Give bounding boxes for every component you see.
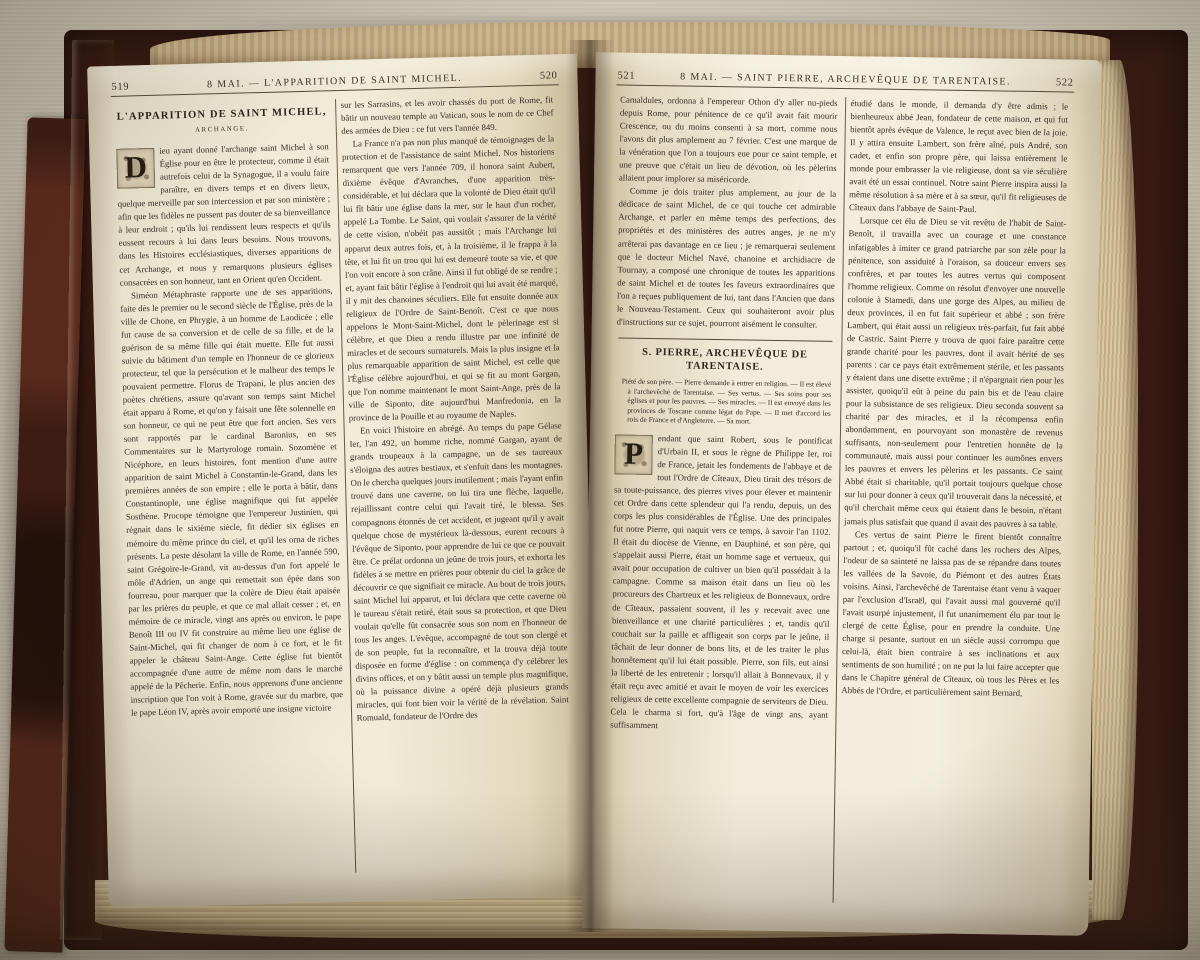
running-title-left: 8 MAI. — L'APPARITION DE SAINT MICHEL.: [145, 71, 523, 92]
paragraph: Ces vertus de saint Pierre le firent bie…: [841, 528, 1061, 701]
column-521: Camaldules, ordonna à l'empereur Othon d…: [603, 91, 845, 903]
paragraph: Lorsque cet élu de Dieu se vit revêtu de…: [844, 214, 1066, 531]
paragraph: Camaldules, ordonna à l'empereur Othon d…: [619, 93, 838, 188]
page-number-520: 520: [523, 70, 557, 82]
section-summary: Piété de son père. — Pierre demande à en…: [621, 376, 831, 427]
article-subtitle: ARCHANGE.: [116, 120, 329, 139]
paragraph: Dieu ayant donné l'archange saint Michel…: [116, 140, 332, 289]
paragraph: Pendant que saint Robert, sous le pontif…: [610, 431, 832, 734]
paragraph: Comme je dois traiter plus amplement, au…: [617, 185, 837, 332]
page-right-521: 521 8 MAI. — SAINT PIERRE, ARCHEVÊQUE DE…: [582, 52, 1102, 936]
ornate-initial-P: P: [614, 434, 653, 475]
paragraph: La France n'a pas non plus manqué de tém…: [342, 132, 562, 424]
paragraph: sur les Sarrasins, et les avoir chassés …: [340, 93, 553, 138]
paragraph: étudié dans le monde, il demanda d'y êtr…: [849, 97, 1068, 218]
page-number-522: 522: [1039, 77, 1073, 89]
ornate-initial-D: D: [116, 148, 155, 189]
photo-open-book: 519 8 MAI. — L'APPARITION DE SAINT MICHE…: [0, 0, 1200, 960]
section-divider: [618, 337, 831, 341]
page-number-521: 521: [617, 70, 651, 82]
page-left-519: 519 8 MAI. — L'APPARITION DE SAINT MICHE…: [87, 54, 599, 909]
section-title: S. PIERRE, ARCHEVÊQUE DE TARENTAISE.: [616, 345, 834, 375]
paragraph: En voici l'histoire en abrégé. Au temps …: [349, 419, 569, 725]
column-519: L'APPARITION DE SAINT MICHEL,ARCHANGE.Di…: [110, 97, 355, 879]
column-520: sur les Sarrasins, et les avoir chassés …: [335, 91, 580, 873]
column-522: étudié dans le monde, il demanda d'y êtr…: [833, 95, 1075, 907]
paragraph: Siméon Métaphraste rapporte une de ses a…: [120, 284, 344, 720]
page-number-519: 519: [111, 81, 145, 93]
